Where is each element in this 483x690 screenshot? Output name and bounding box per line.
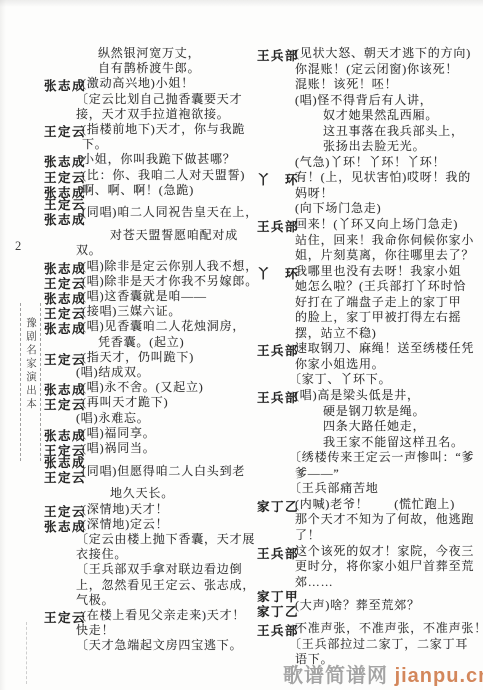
dialogue-text: 摆，站立不稳) [253, 326, 483, 342]
dialogue-text: (唱)怪不得背后有人讲， [253, 93, 483, 109]
script-line: 王定云张志成(同唱)咱二人同祝告皇天在上， [40, 198, 253, 228]
script-line: 自有鹊桥渡牛郎。 [40, 61, 253, 76]
script-line: 爹——” [253, 466, 483, 482]
script-line: 〔王兵部痛苦地 [253, 481, 483, 497]
speaker-label-stacked: 王定云张志成 [44, 198, 86, 228]
script-line: 气极。 [40, 593, 253, 608]
dialogue-text: (唱)结成双。 [40, 365, 253, 380]
script-line: 张志成(唱)见香囊咱二人花烛洞房， [40, 319, 253, 334]
script-line: 张志成(唱)永不舍。(又起立) [40, 380, 253, 395]
script-line: 纵然银河宽万丈， [40, 46, 253, 61]
script-line: 张志成(唱)这香囊就是咱—— [40, 289, 253, 304]
script-line: 王兵部(见状大怒、朝天才逃下的方向) [253, 46, 483, 62]
dialogue-text: 〔王兵部拉过二家丁，二家丁耳 [253, 637, 483, 653]
speaker-label: 张志成 [44, 456, 86, 471]
watermark: 歌谱简谱网 jianpu.cn [283, 659, 483, 688]
script-line: 好打在了端盘子走上的家丁甲 [253, 295, 483, 311]
script-line: 快走！ [40, 623, 253, 638]
dialogue-text: 妈呀！ [253, 186, 483, 202]
script-line: 张志成啊、啊、啊！(急跪) [40, 183, 253, 198]
script-line: 张志成(唱)除非是定云你别人我不想， [40, 259, 253, 274]
dialogue-text: 〔王兵部双手拿对联边看边倒 [40, 562, 253, 577]
dialogue-text: 爹——” [253, 466, 483, 482]
watermark-site-name: 歌谱简谱网 [283, 665, 395, 687]
script-line: 〔定云由楼上抛下香囊，天才展 [40, 532, 253, 547]
script-line: 你家小姐选用。 [253, 357, 483, 373]
dialogue-text: 硬是钢刀软是绳。 [253, 404, 483, 420]
script-line: 〔王兵部拉过二家丁，二家丁耳 [253, 637, 483, 653]
script-line: 王兵部这个该死的奴才！家院，今夜三 [253, 544, 483, 560]
dialogue-text: 接，天才双手拉道袍欲接。 [40, 107, 253, 122]
script-line: 王定云(接唱)三媒六证。 [40, 304, 253, 319]
dialogue-text: (气急)丫环！丫环！丫环！ [253, 155, 483, 171]
speaker-label: 家丁甲 [257, 590, 299, 605]
dialogue-text: 气极。 [40, 593, 253, 608]
dialogue-text: 姐，片刻莫离，你往哪里去了？ [253, 248, 483, 264]
script-line: 你混账！(定云闭窗)你该死！ [253, 62, 483, 78]
dialogue-text: 上，忽然看见王定云、张志成， [40, 578, 253, 593]
dialogue-text: 纵然银河宽万丈， [40, 46, 253, 61]
page-number: 2 [15, 239, 21, 254]
script-line: 王定云(深情地)天才！ [40, 502, 253, 517]
script-line: 的脸上，家丁甲被打得左右摇 [253, 310, 483, 326]
script-line: 姐，片刻莫离，你往哪里去了？ [253, 248, 483, 264]
spine-title: 豫剧名家演出本 [20, 303, 41, 461]
script-line: 站住，回来！我命你伺候你家小 [253, 233, 483, 249]
dialogue-text: (向下场门急走) [253, 201, 483, 217]
script-line: 丫 环有！(上，见状害怕)哎呀！我的 [253, 170, 483, 186]
dialogue-text: 〔家丁、丫环下。 [253, 372, 483, 388]
scan-edge-shadow-top [0, 0, 483, 7]
script-line: 硬是钢刀软是绳。 [253, 404, 483, 420]
script-line: 〔王兵部双手拿对联边看边倒 [40, 562, 253, 577]
speaker-label: 张志成 [44, 213, 86, 228]
dialogue-text: 下。 [40, 137, 253, 152]
dialogue-text: 那个天才不知为了何故，他逃跑 [253, 512, 483, 528]
speaker-label: 王定云 [44, 471, 86, 486]
dialogue-text: (唱)永难忘。 [40, 411, 253, 426]
script-line: (唱)结成双。 [40, 365, 253, 380]
script-line: 这丑事落在我兵部头上， [253, 124, 483, 140]
dialogue-text: 〔定云比划自己抛香囊要天才 [40, 92, 253, 107]
script-line: 对苍天盟誓愿咱配对成 [40, 228, 253, 243]
script-line: 张志成(深情地)定云！ [40, 517, 253, 532]
dialogue-text: 的脸上，家丁甲被打得左右摇 [253, 310, 483, 326]
script-line: 我王家不能留这样丑名。 [253, 435, 483, 451]
dialogue-text: 〔绣楼传来王定云一声惨叫：“爹 [253, 450, 483, 466]
script-line: 〔定云比划自己抛香囊要天才 [40, 92, 253, 107]
script-line: (向下场门急走) [253, 201, 483, 217]
dialogue-text: 〔定云由楼上抛下香囊，天才展 [40, 532, 253, 547]
script-line: (唱)怪不得背后有人讲， [253, 93, 483, 109]
dialogue-text: 张扬出去脸无光。 [253, 139, 483, 155]
script-line: 摆，站立不稳) [253, 326, 483, 342]
dialogue-text: 自有鹊桥渡牛郎。 [40, 61, 253, 76]
script-line: 家丁甲家丁乙(大声)啥？葬至荒郊？ [253, 590, 483, 621]
script-line: 奴才她果然乱西厢。 [253, 108, 483, 124]
script-line: 她怎么啦？(王兵部打丫环时恰 [253, 279, 483, 295]
script-line: 郊…… [253, 575, 483, 591]
script-line: 了！ [253, 528, 483, 544]
script-line: 下。 [40, 137, 253, 152]
dialogue-text: 〔天才急端起文房四宝逃下。 [40, 638, 253, 653]
spine-dashed-rule [26, 622, 28, 684]
dialogue-text: 郊…… [253, 575, 483, 591]
script-line: 王定云(在楼上看见父亲走来)天才！ [40, 608, 253, 623]
script-line: 丫 环我哪里也没有去呀！我家小姐 [253, 264, 483, 280]
script-line: 张志成(唱)福同享。 [40, 426, 253, 441]
dialogue-text: 我王家不能留这样丑名。 [253, 435, 483, 451]
script-line: 王定云(唱)除非是天才你我不另嫁郎。 [40, 274, 253, 289]
dialogue-text: 快走！ [40, 623, 253, 638]
dialogue-text: 地久天长。 [40, 486, 253, 501]
script-line: 张志成王定云(同唱)但愿得咱二人白头到老 [40, 456, 253, 486]
dialogue-text: 对苍天盟誓愿咱配对成 [40, 228, 253, 243]
dialogue-text: 奴才她果然乱西厢。 [253, 108, 483, 124]
dialogue-text: 这丑事落在我兵部头上， [253, 124, 483, 140]
script-line: 〔家丁、丫环下。 [253, 372, 483, 388]
scan-edge-shadow-left [0, 0, 6, 690]
script-line: 更时分，将你家小姐尸首葬至荒 [253, 559, 483, 575]
dialogue-text: 凭香囊。(起立) [40, 335, 253, 350]
script-line: 王定云(指楼前地下)天才，你与我跪 [40, 122, 253, 137]
script-line: 〔天才急端起文房四宝逃下。 [40, 638, 253, 653]
scanned-script-page: { "page": { "number": "2", "spine_title"… [0, 0, 483, 690]
dialogue-text: 你混账！(定云闭窗)你该死！ [253, 62, 483, 78]
script-line: 张志成小姐，你叫我跪下做甚哪？ [40, 152, 253, 167]
script-line: 张志成(激动高兴地)小姐！ [40, 76, 253, 91]
script-line: 家丁乙(内喊)老爷！ (慌忙跑上) [253, 497, 483, 513]
script-line: 王定云(再叫天才跪下) [40, 395, 253, 410]
dialogue-text: 了！ [253, 528, 483, 544]
script-line: 地久天长。 [40, 486, 253, 501]
speaker-label: 家丁乙 [257, 605, 299, 620]
script-line: 双。 [40, 243, 253, 258]
script-line: 王定云(唱)祸同当。 [40, 441, 253, 456]
script-line: 王兵部速取钢刀、麻绳！送至绣楼任凭 [253, 341, 483, 357]
script-line: 王兵部回来！(丫环又向上场门急走) [253, 217, 483, 233]
script-line: 王兵部(唱)高是梁头低是井， [253, 388, 483, 404]
script-column-left: 纵然银河宽万丈，自有鹊桥渡牛郎。张志成(激动高兴地)小姐！〔定云比划自己抛香囊要… [40, 46, 253, 654]
script-line: 张扬出去脸无光。 [253, 139, 483, 155]
script-line: 凭香囊。(起立) [40, 335, 253, 350]
script-line: 王定云(比：你、我咱二人对天盟誓) [40, 168, 253, 183]
script-line: 王定云(指天才，仍叫跪下) [40, 350, 253, 365]
script-line: 妈呀！ [253, 186, 483, 202]
dialogue-text: 双。 [40, 243, 253, 258]
script-line: 接，天才双手拉道袍欲接。 [40, 107, 253, 122]
script-column-right: 王兵部(见状大怒、朝天才逃下的方向)你混账！(定云闭窗)你该死！混账！该死！呸！… [253, 46, 483, 668]
script-line: (气急)丫环！丫环！丫环！ [253, 155, 483, 171]
dialogue-text: 四条大路任她走， [253, 419, 483, 435]
script-line: 混账！该死！呸！ [253, 77, 483, 93]
script-line: (唱)永难忘。 [40, 411, 253, 426]
script-line: 王兵部不准声张，不准声张，不准声张！ [253, 621, 483, 637]
dialogue-text: 〔王兵部痛苦地 [253, 481, 483, 497]
script-line: 〔绣楼传来王定云一声惨叫：“爹 [253, 450, 483, 466]
script-line: 四条大路任她走， [253, 419, 483, 435]
speaker-label: 王定云 [44, 198, 86, 213]
watermark-domain: jianpu.cn [395, 665, 483, 687]
script-line: 上，忽然看见王定云、张志成， [40, 578, 253, 593]
script-line: 那个天才不知为了何故，他逃跑 [253, 512, 483, 528]
speaker-label-stacked: 家丁甲家丁乙 [257, 590, 299, 620]
dialogue-text: 好打在了端盘子走上的家丁甲 [253, 295, 483, 311]
dialogue-text: 你家小姐选用。 [253, 357, 483, 373]
dialogue-text: 混账！该死！呸！ [253, 77, 483, 93]
speaker-label-stacked: 张志成王定云 [44, 456, 86, 486]
dialogue-text: 更时分，将你家小姐尸首葬至荒 [253, 559, 483, 575]
script-line: 衣接住。 [40, 547, 253, 562]
dialogue-text: 衣接住。 [40, 547, 253, 562]
dialogue-text: 站住，回来！我命你伺候你家小 [253, 233, 483, 249]
dialogue-text: 她怎么啦？(王兵部打丫环时恰 [253, 279, 483, 295]
